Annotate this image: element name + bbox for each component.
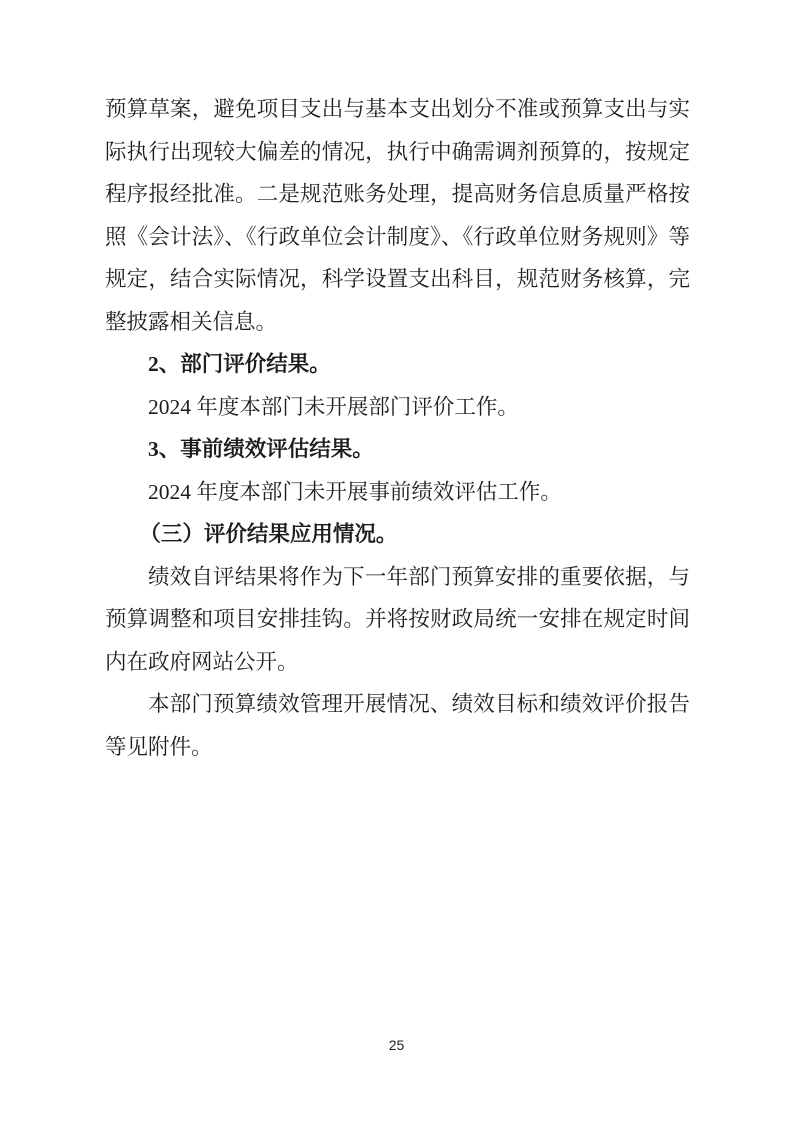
document-page: 预算草案，避免项目支出与基本支出划分不准或预算支出与实际执行出现较大偏差的情况，… — [0, 0, 793, 1122]
paragraph-attachment-note: 本部门预算绩效管理开展情况、绩效目标和绩效评价报告等见附件。 — [105, 683, 690, 768]
paragraph-result-application: 绩效自评结果将作为下一年部门预算安排的重要依据，与预算调整和项目安排挂钩。并将按… — [105, 556, 690, 684]
page-number: 25 — [0, 1037, 793, 1053]
section-heading-result-application: （三）评价结果应用情况。 — [105, 513, 690, 556]
paragraph-pre-performance-assessment: 2024 年度本部门未开展事前绩效评估工作。 — [105, 471, 690, 514]
section-heading-department-evaluation: 2、部门评价结果。 — [105, 343, 690, 386]
paragraph-budget-accounting: 预算草案，避免项目支出与基本支出划分不准或预算支出与实际执行出现较大偏差的情况，… — [105, 88, 690, 343]
document-body: 预算草案，避免项目支出与基本支出划分不准或预算支出与实际执行出现较大偏差的情况，… — [105, 88, 690, 768]
section-heading-pre-performance-assessment: 3、事前绩效评估结果。 — [105, 428, 690, 471]
paragraph-department-evaluation: 2024 年度本部门未开展部门评价工作。 — [105, 386, 690, 429]
